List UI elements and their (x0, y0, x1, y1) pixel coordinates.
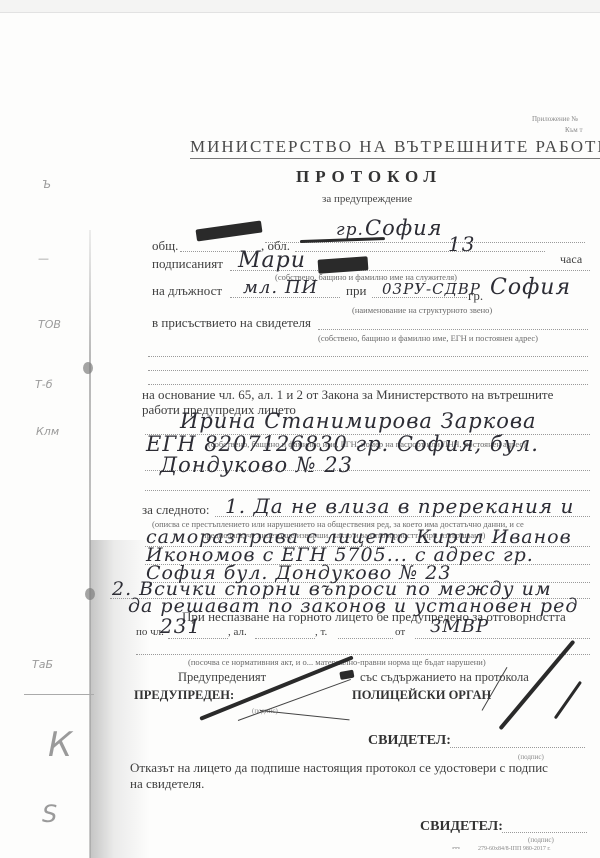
margin-note: Клм (36, 425, 59, 438)
basis-text-1: на основание чл. 65, ал. 1 и 2 от Закона… (142, 387, 553, 403)
signed-name-handwritten: Мари (238, 248, 306, 273)
appendix-label: Приложение № (532, 115, 578, 123)
margin-note: Т-б (35, 378, 52, 391)
margin-note: ТОВ (38, 318, 61, 331)
at-label: при (346, 283, 366, 299)
margin-note: — (38, 252, 49, 265)
position-handwritten: мл. ПИ (243, 277, 318, 298)
signed-label: подписаният (152, 256, 223, 272)
print-code: 279-60х84/8-IПП 980-2017 г. (478, 846, 551, 852)
fill-line (338, 638, 393, 639)
fill-line (502, 832, 587, 833)
witness-sig-label: СВИДЕТЕЛ: (368, 733, 451, 749)
margin-note: Ъ (42, 178, 51, 191)
noncompliance-text: При неспазване на горното лицето бе пред… (182, 609, 566, 625)
time-label: часа (560, 252, 582, 267)
margin-note: ТаБ (32, 658, 53, 671)
fill-line (145, 490, 590, 491)
fill-line (318, 329, 588, 330)
document-title: ПРОТОКОЛ (296, 167, 442, 187)
fill-line (450, 747, 585, 748)
fill-line (295, 251, 545, 252)
position-label: на длъжност (152, 283, 222, 299)
unit-handwritten: 03РУ-СДВР (382, 280, 481, 298)
following-label: за следното: (142, 502, 210, 518)
article-t-label: , т. (315, 626, 327, 638)
article-al-label: , ал. (228, 626, 247, 638)
obsh-label: общ. (152, 238, 178, 254)
warned-label: ПРЕДУПРЕДЕН: (134, 688, 234, 703)
time-handwritten: 13 (448, 232, 475, 256)
witness-label: в присъствието на свидетеля (152, 315, 311, 331)
signature-caption-2: (подпис) (528, 836, 554, 844)
refusal-text-1: Отказът на лицето да подпише настоящия п… (130, 760, 548, 776)
margin-line (24, 694, 94, 695)
following-line-handwritten: 1. Да не влиза в пререкания и (225, 494, 574, 518)
witness-sig-label-2: СВИДЕТЕЛ: (420, 819, 503, 835)
punch-hole (83, 362, 93, 374)
fill-line (148, 370, 588, 371)
document-subtitle: за предупреждение (322, 193, 412, 205)
margin-note: К (48, 725, 72, 765)
appendix-sub: Към т (565, 126, 583, 134)
article-ot-label: от (395, 626, 405, 638)
fill-line (136, 654, 590, 655)
unit-caption: (наименование на структурното звено) (352, 305, 492, 315)
article-handwritten: 231 (160, 614, 201, 638)
warned-text-1: Предупреденият (178, 670, 266, 685)
fill-line (148, 384, 588, 385)
fill-line (168, 638, 228, 639)
person-address-handwritten: Дондуково № 23 (160, 453, 353, 477)
unit-city-label: гр. (468, 288, 483, 304)
police-label: ПОЛИЦЕЙСКИ ОРГАН (352, 688, 491, 703)
person-name-handwritten: Ирина Станимирова Заркова (180, 409, 537, 433)
law-handwritten: ЗМВР (430, 616, 489, 637)
fill-line (415, 638, 590, 639)
printer-logo-icon: ⎓ (452, 843, 460, 854)
unit-city-handwritten: София (490, 275, 571, 300)
fill-line (255, 638, 315, 639)
witness-caption: (собствено, бащино и фамилно име, ЕГН и … (318, 333, 538, 343)
ministry-title: МИНИСТЕРСТВО НА ВЪТРЕШНИТЕ РАБОТИ (190, 137, 600, 159)
margin-note: Ѕ (42, 800, 57, 828)
fill-line (148, 356, 588, 357)
punch-hole (85, 588, 95, 600)
refusal-text-2: на свидетеля. (130, 776, 204, 792)
